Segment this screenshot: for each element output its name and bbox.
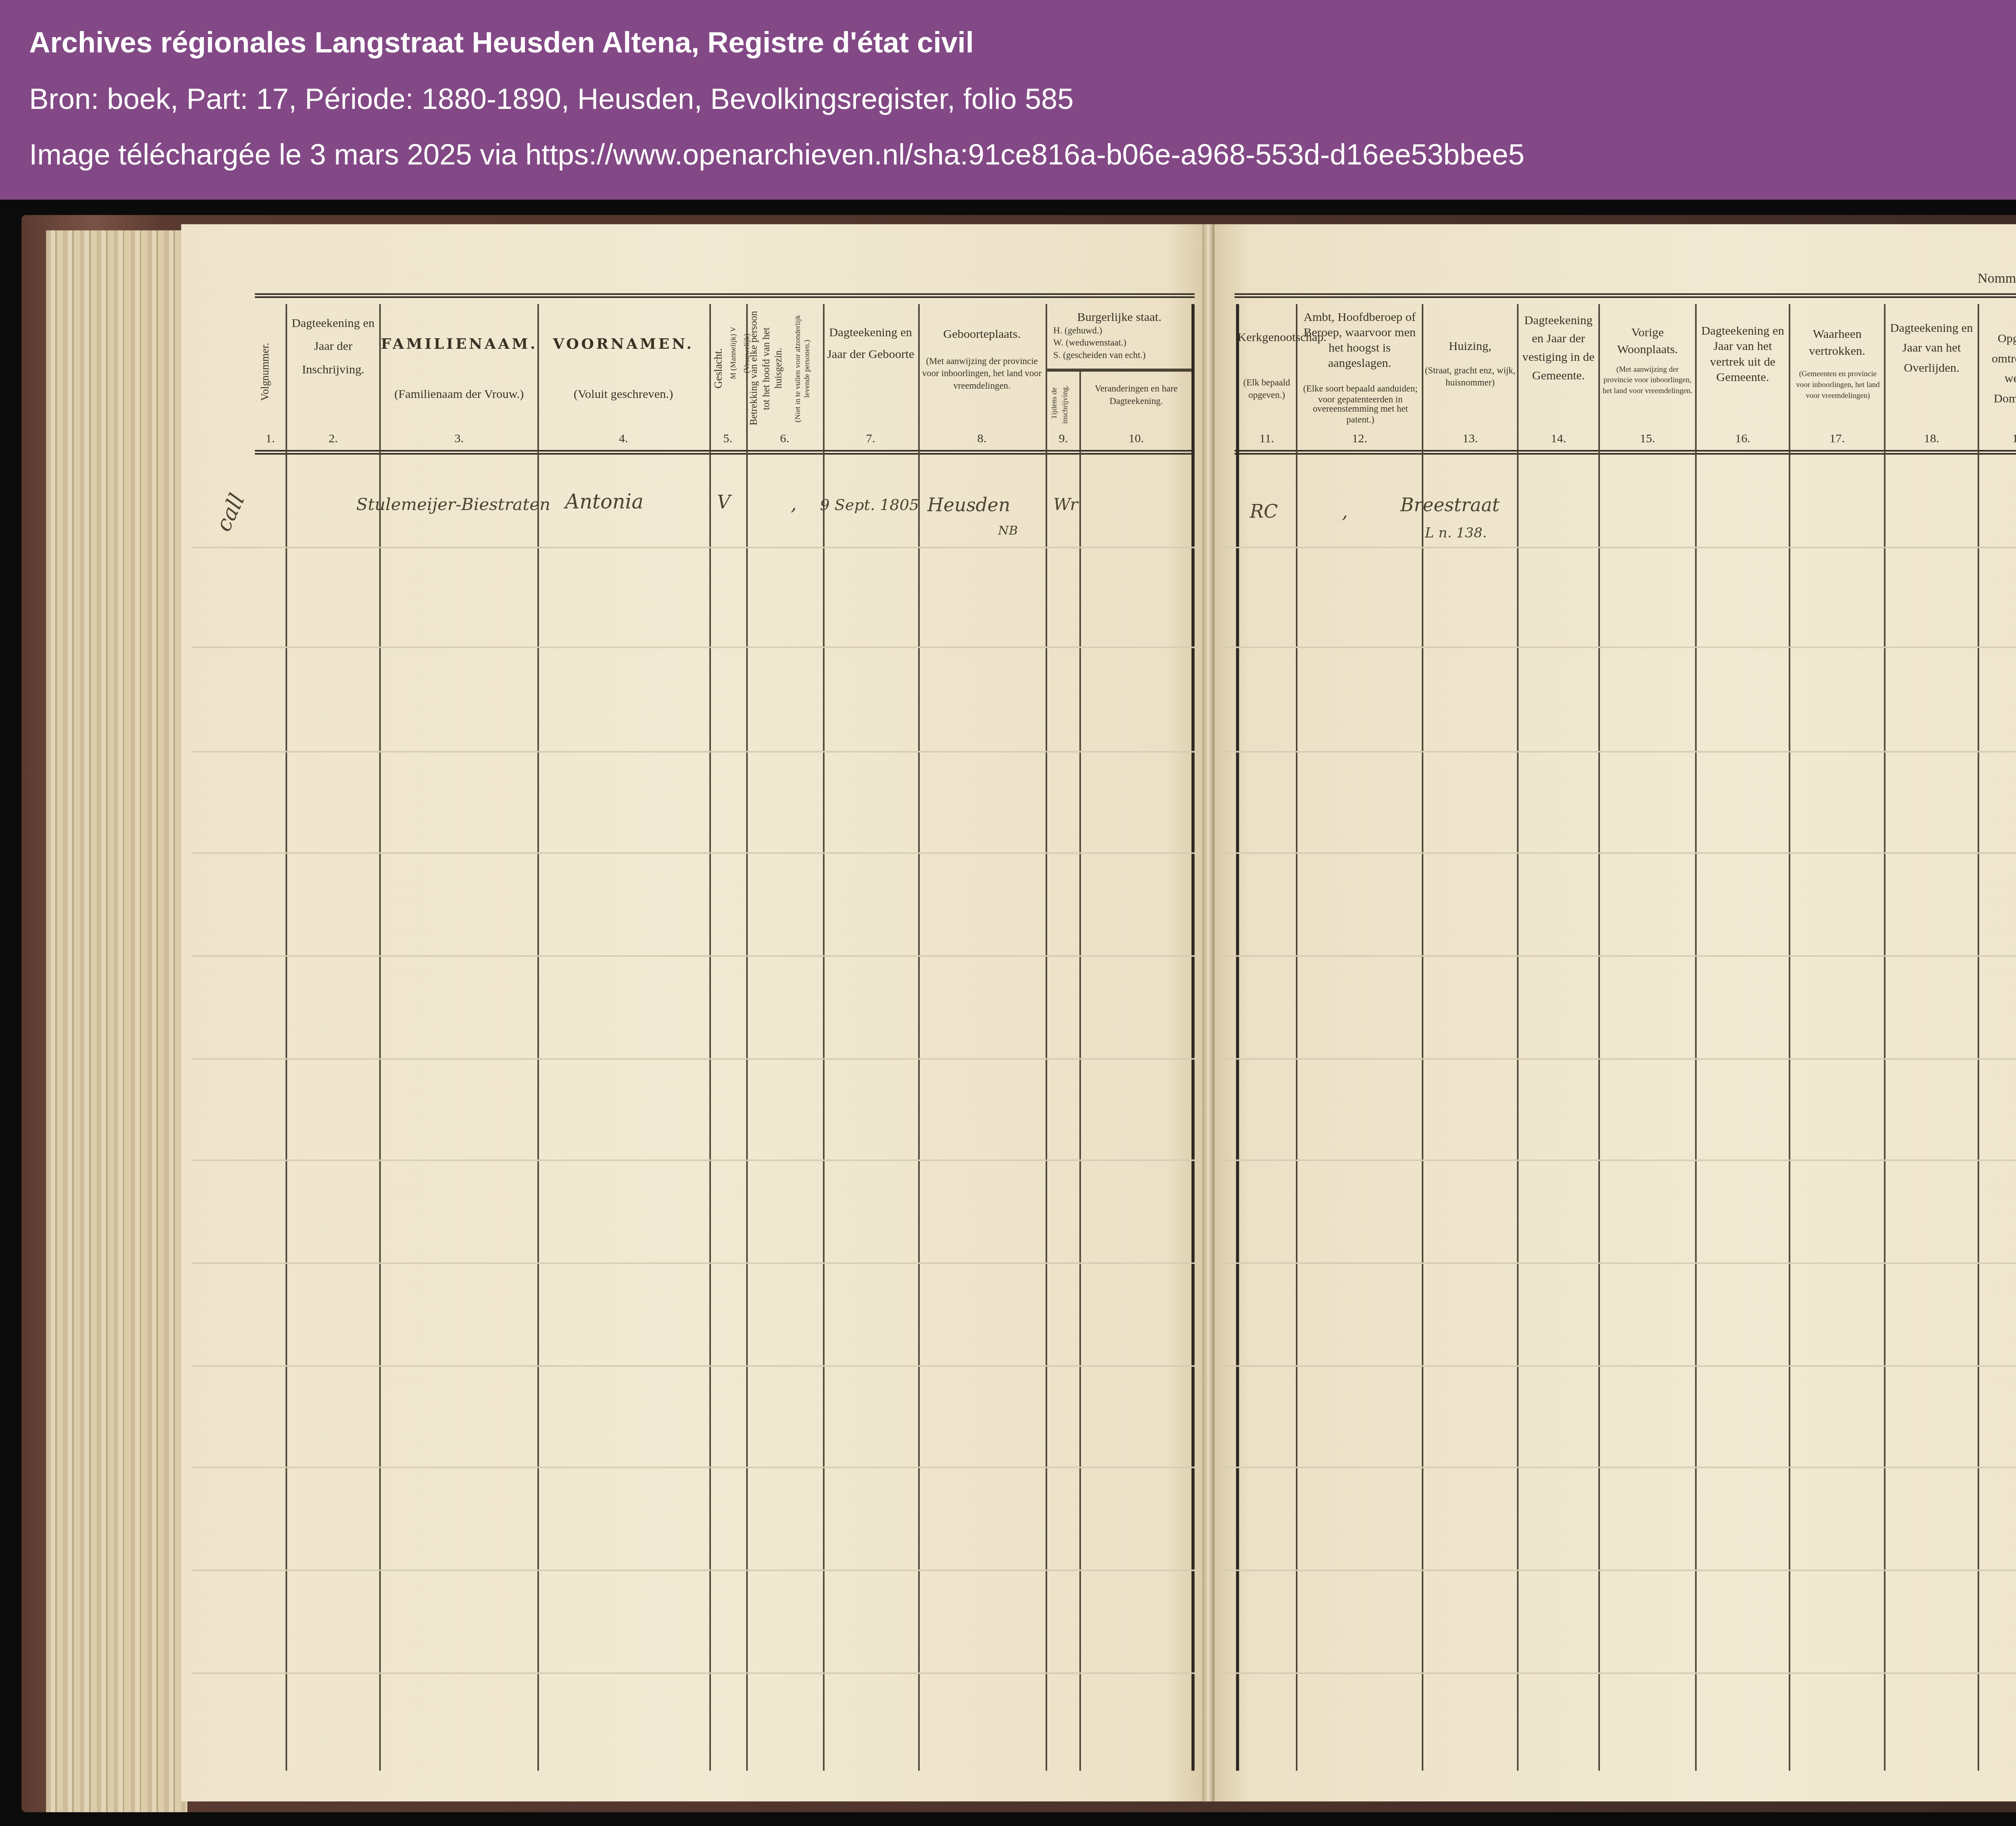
page-stack-left bbox=[46, 230, 187, 1812]
col-divider bbox=[823, 304, 825, 1771]
col-divider bbox=[1789, 304, 1790, 1771]
entry-geslacht: V bbox=[717, 491, 730, 513]
document-viewer: Archives régionales Langstraat Heusden A… bbox=[0, 0, 2016, 1826]
entry-betrekking: , bbox=[791, 493, 797, 514]
col-divider bbox=[537, 304, 539, 1771]
col-divider bbox=[1296, 304, 1297, 1771]
col-header-burgerlijke-staat: Burgerlijke staat. bbox=[1047, 309, 1191, 326]
col-divider bbox=[1517, 304, 1518, 1771]
col-divider bbox=[285, 304, 287, 1771]
col-header-kerkgenootschap: Kerkgenootschap. bbox=[1237, 329, 1296, 346]
col-header-beroep: Ambt, Hoofdberoep of Beroep, waarvoor me… bbox=[1297, 310, 1422, 371]
book-gutter bbox=[1202, 224, 1214, 1801]
entry-burgerlijke-staat: Wr bbox=[1053, 495, 1078, 515]
entry-voornamen: Antonia bbox=[565, 491, 644, 514]
col-header-vertrek: Dagteekening en Jaar van het vertrek uit… bbox=[1697, 324, 1789, 385]
col-header-geboorteplaats: Geboorteplaats. bbox=[920, 326, 1044, 343]
col-divider bbox=[1045, 304, 1047, 1771]
col-divider bbox=[1236, 304, 1239, 1771]
col-header-overlijden: Dagteekening en Jaar van het Overlijden. bbox=[1885, 318, 1977, 378]
col-divider bbox=[379, 304, 381, 1771]
right-page bbox=[1210, 224, 2016, 1801]
col-header-domicilie: Opgaven omtrent het wettig Domicilie. bbox=[1979, 329, 2016, 408]
col-header-vestiging: Dagteekening en Jaar der vestiging in de… bbox=[1518, 312, 1598, 385]
table-top-rule-left bbox=[255, 294, 1195, 298]
entry-geboorteplaats: Heusden bbox=[927, 495, 1010, 516]
col-header-volgnummer: Volgnummer. bbox=[260, 315, 281, 430]
col-divider bbox=[1191, 304, 1195, 1771]
entry-beroep: , bbox=[1342, 501, 1348, 522]
col-header-veranderingen: Veranderingen en hare Dagteekening. bbox=[1083, 384, 1190, 408]
col-divider bbox=[1884, 304, 1886, 1771]
col-header-vorige-woonplaats: Vorige Woonplaats. bbox=[1600, 324, 1695, 358]
col-divider bbox=[709, 304, 711, 1771]
header-bottom-rule-right bbox=[1235, 450, 2016, 454]
col-divider bbox=[1598, 304, 1600, 1771]
entry-familienaam: Stulemeijer-Biestraten bbox=[356, 495, 550, 515]
archive-banner: Archives régionales Langstraat Heusden A… bbox=[0, 0, 2016, 200]
col-header-huizing: Huizing, bbox=[1423, 338, 1517, 355]
col-header-waarheen: Waarheen vertrokken. bbox=[1790, 326, 1884, 360]
col-header-voornamen: VOORNAMEN. bbox=[539, 336, 708, 353]
col-divider bbox=[1079, 369, 1081, 1771]
col-divider bbox=[746, 304, 748, 1771]
banner-title: Archives régionales Langstraat Heusden A… bbox=[29, 28, 974, 62]
col-header-dagteekening-inschrijving: Dagteekening en Jaar der Inschrijving. bbox=[289, 312, 378, 381]
banner-source: Bron: boek, Part: 17, Période: 1880-1890… bbox=[29, 85, 1073, 119]
col-header-tijdens-inschrijving: Tijdens de inschrijving. bbox=[1050, 376, 1078, 431]
folio-label: Nommer van het blad. bbox=[1978, 270, 2016, 285]
entry-huizing: Breestraat bbox=[1400, 495, 1500, 516]
left-page bbox=[181, 224, 1207, 1801]
burgerlijke-staat-split bbox=[1047, 369, 1191, 372]
col-header-geslacht: Geslacht. bbox=[712, 307, 728, 430]
col-header-betrekking: Betrekking van elke persoon tot het hoof… bbox=[749, 307, 795, 430]
col-divider bbox=[918, 304, 920, 1771]
col-header-familienaam: FAMILIENAAM. bbox=[381, 336, 537, 353]
col-divider bbox=[1978, 304, 1979, 1771]
entry-geboortedatum: 9 Sept. 1805 bbox=[820, 498, 919, 514]
header-bottom-rule-left bbox=[255, 450, 1195, 454]
entry-kerkgenootschap: RC bbox=[1250, 501, 1278, 522]
entry-huizing-nummer: L n. 138. bbox=[1425, 527, 1487, 542]
entry-geboorteplaats-note: NB bbox=[998, 524, 1018, 537]
col-divider bbox=[1695, 304, 1697, 1771]
table-top-rule-right bbox=[1235, 294, 2016, 298]
col-header-geboortedatum: Dagteekening en Jaar der Geboorte bbox=[825, 323, 916, 366]
banner-download-link[interactable]: Image téléchargée le 3 mars 2025 via htt… bbox=[29, 140, 1524, 174]
col-divider bbox=[1422, 304, 1423, 1771]
